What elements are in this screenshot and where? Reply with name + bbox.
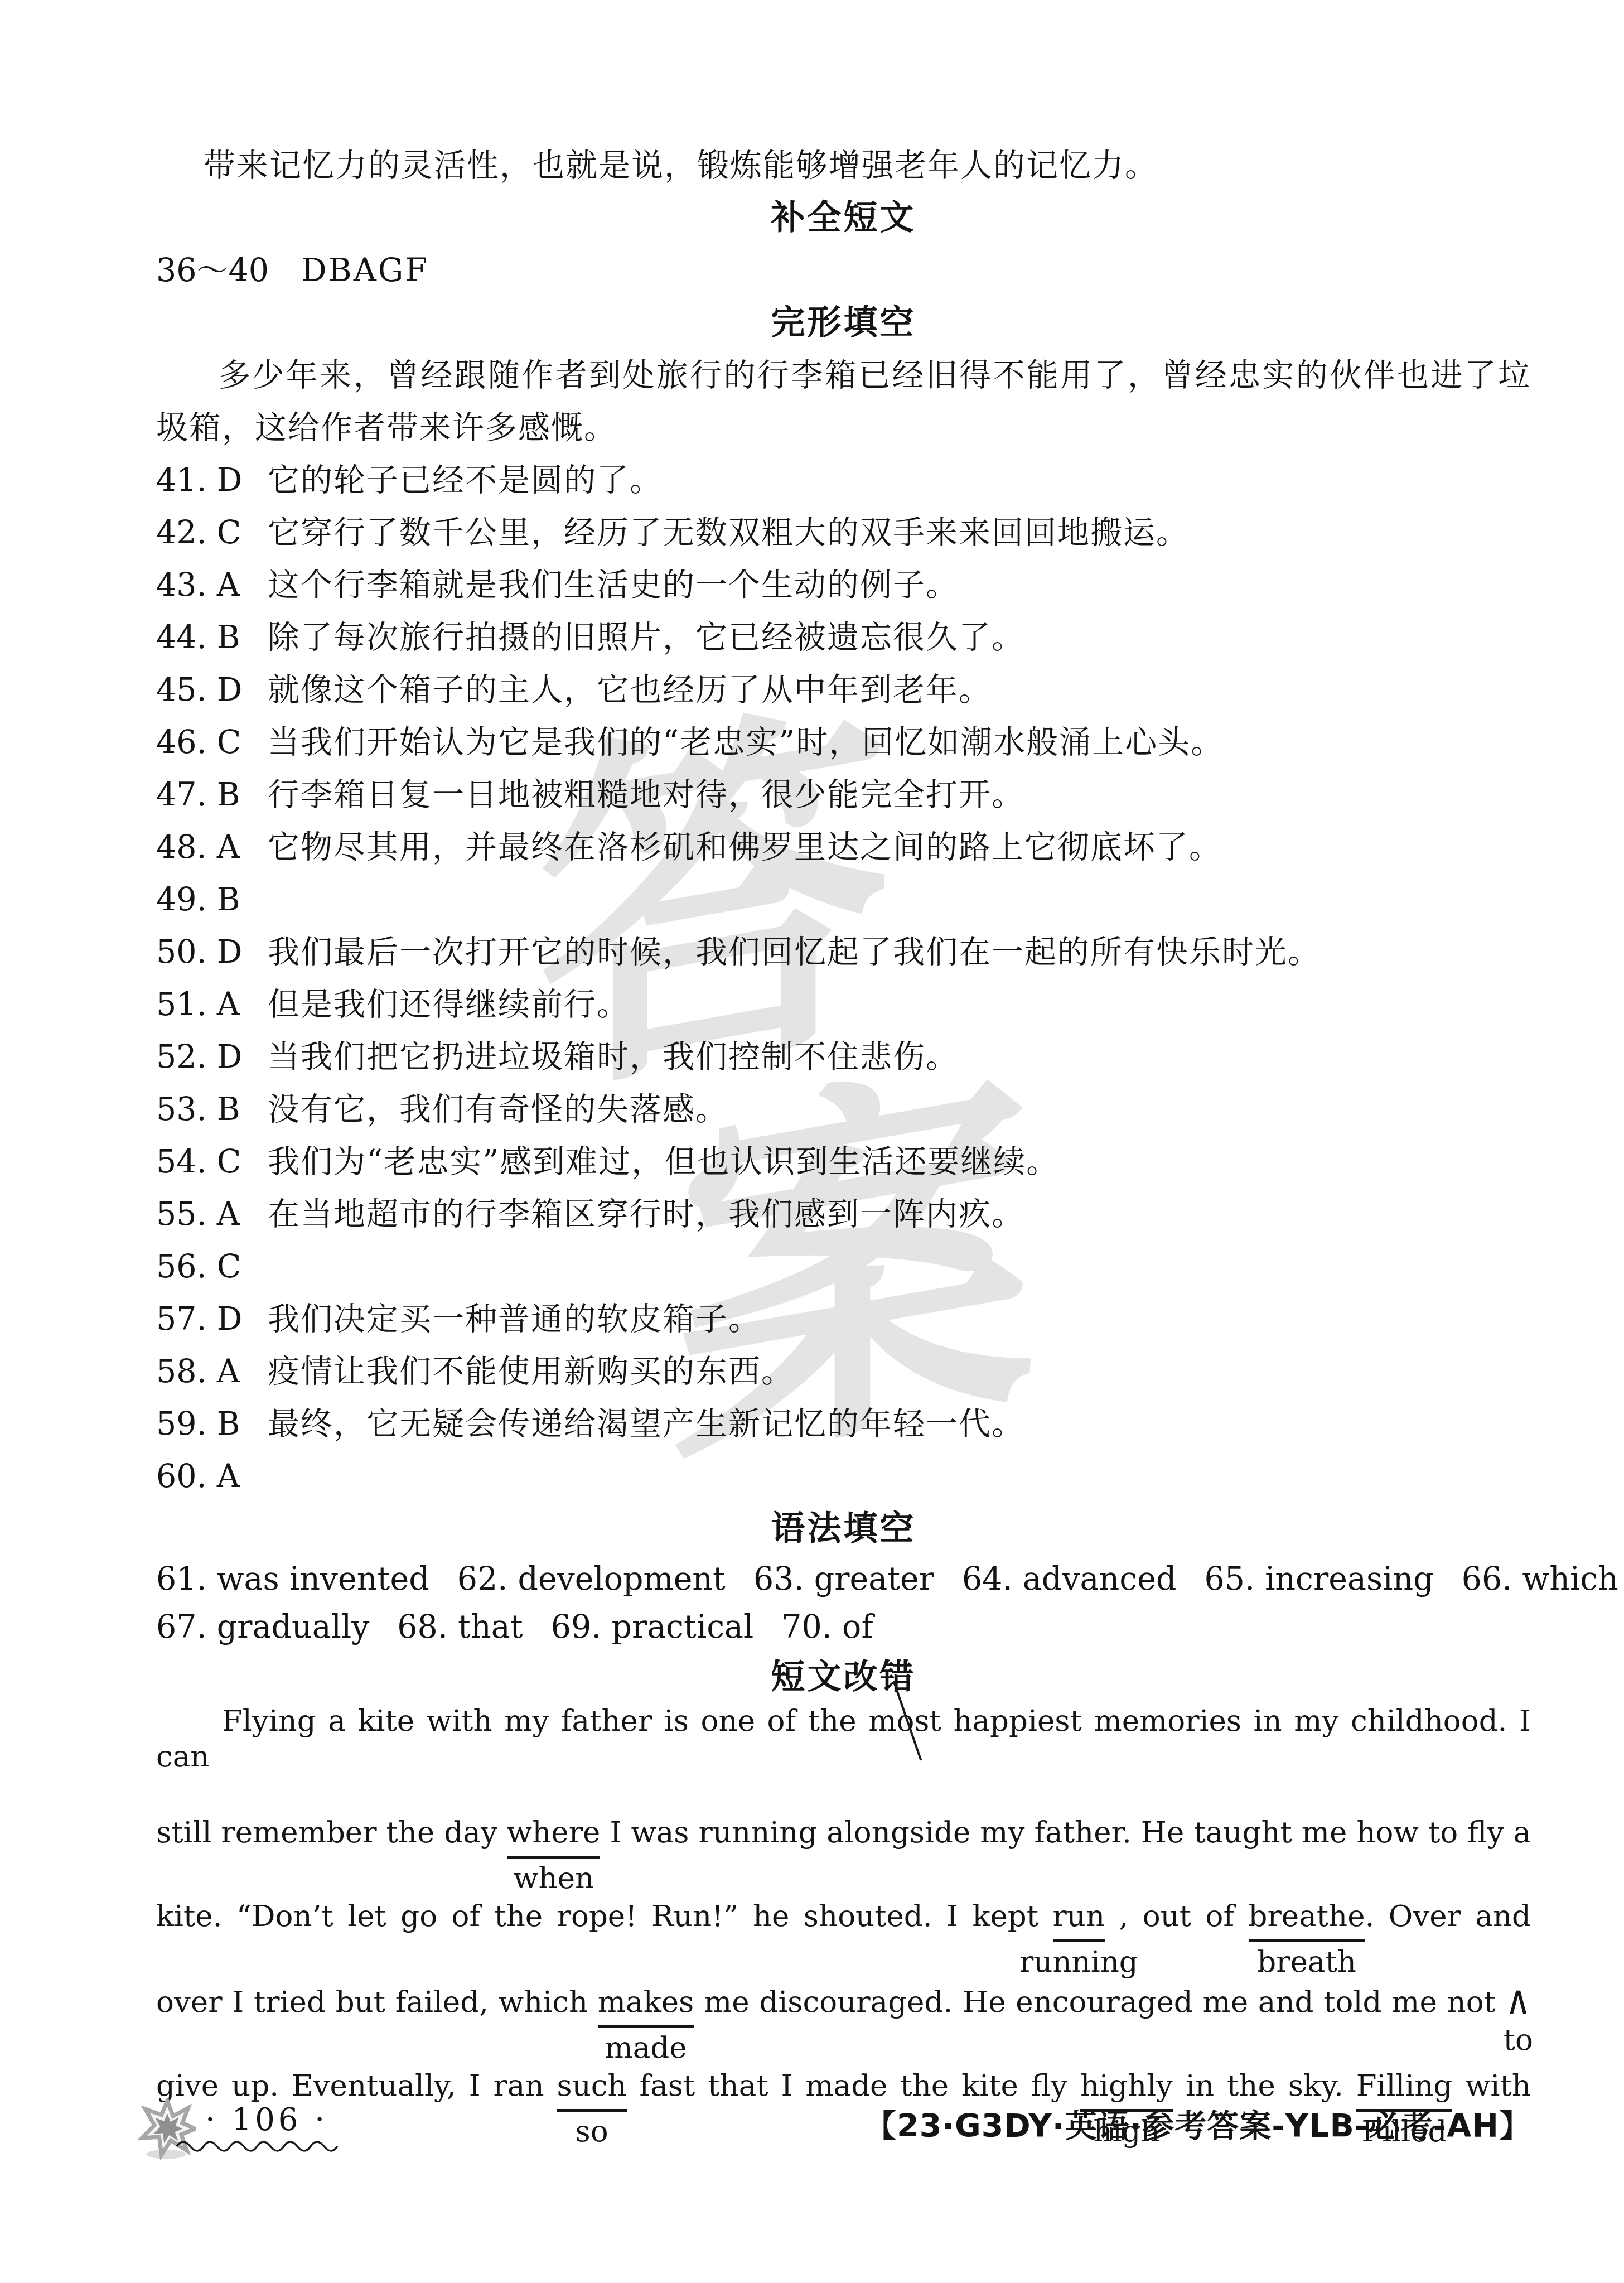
intro-tail-line: 带来记忆力的灵活性，也就是说，锻炼能够增强老年人的记忆力。 <box>156 139 1531 192</box>
wrong-word: where <box>507 1815 601 1859</box>
answer-number: 60. A <box>156 1450 243 1503</box>
answer-note: 当我们把它扔进垃圾箱时，我们控制不住悲伤。 <box>268 1039 959 1075</box>
passage-text: I was running alongside my father. He ta… <box>600 1816 1531 1850</box>
answer-note: 就像这个箱子的主人，它也经历了从中年到老年。 <box>268 672 992 708</box>
grammar-answer: 66. which <box>1462 1561 1618 1597</box>
answer-note: 当我们开始认为它是我们的“老忠实”时，回忆如潮水般涌上心头。 <box>268 724 1224 761</box>
answer-number: 41. D <box>156 454 243 506</box>
grammar-answer: 64. advanced <box>962 1561 1176 1597</box>
answer-item: 57. D我们决定买一种普通的软皮箱子。 <box>156 1293 1531 1345</box>
grammar-answer: 67. gradually <box>156 1609 369 1645</box>
answer-item: 45. D就像这个箱子的主人，它也经历了从中年到老年。 <box>156 664 1531 716</box>
passage-text: Flying a kite with my father is one of t… <box>222 1704 868 1738</box>
answer-note: 没有它，我们有奇怪的失落感。 <box>268 1091 728 1128</box>
answer-item: 55. A在当地超市的行李箱区穿行时，我们感到一阵内疚。 <box>156 1188 1531 1241</box>
grammar-answer-list: 61. was invented62. development63. great… <box>156 1555 1531 1651</box>
answer-note: 在当地超市的行李箱区穿行时，我们感到一阵内疚。 <box>268 1196 1024 1233</box>
replacement-edit: wherewhen <box>507 1815 601 1859</box>
answer-number: 46. C <box>156 716 243 769</box>
answer-note: 疫情让我们不能使用新购买的东西。 <box>268 1353 794 1390</box>
insertion-caret-mark: ∧ <box>1506 1980 1531 2021</box>
passage-line: Flying a kite with my father is one of t… <box>156 1703 1531 1775</box>
answer-number: 44. B <box>156 611 243 664</box>
answer-note: 除了每次旅行拍摄的旧照片，它已经被遗忘很久了。 <box>268 619 1024 656</box>
answer-number: 56. C <box>156 1241 243 1293</box>
answer-item: 42. C它穿行了数千公里，经历了无数双粗大的双手来来回回地搬运。 <box>156 506 1531 559</box>
answer-number: 55. A <box>156 1188 243 1241</box>
page-number: · 106 · <box>205 2102 328 2138</box>
answer-item: 54. C我们为“老忠实”感到难过，但也认识到生活还要继续。 <box>156 1136 1531 1188</box>
passage-line: still remember the day wherewhen I was r… <box>156 1815 1531 1859</box>
answer-item: 41. D它的轮子已经不是圆的了。 <box>156 454 1531 506</box>
answer-note: 最终，它无疑会传递给渴望产生新记忆的年轻一代。 <box>268 1406 1024 1442</box>
correction-word: breath <box>1257 1947 1356 1978</box>
answer-number: 58. A <box>156 1345 243 1398</box>
grammar-answer-line: 61. was invented62. development63. great… <box>156 1555 1531 1603</box>
page-content: 带来记忆力的灵活性，也就是说，锻炼能够增强老年人的记忆力。 补全短文 36～40… <box>156 139 1531 2152</box>
answer-item: 47. B行李箱日复一日地被粗糙地对待，很少能完全打开。 <box>156 769 1531 821</box>
answer-note: 它穿行了数千公里，经历了无数双粗大的双手来来回回地搬运。 <box>268 514 1189 551</box>
answer-note: 它的轮子已经不是圆的了。 <box>268 462 663 499</box>
section-title-error-correction: 短文改错 <box>156 1651 1531 1703</box>
error-correction-passage: Flying a kite with my father is one of t… <box>156 1703 1531 2112</box>
replacement-edit: makesmade <box>598 1985 694 2028</box>
answer-item: 44. B除了每次旅行拍摄的旧照片，它已经被遗忘很久了。 <box>156 611 1531 664</box>
answer-item: 46. C当我们开始认为它是我们的“老忠实”时，回忆如潮水般涌上心头。 <box>156 716 1531 769</box>
grammar-answer: 70. of <box>781 1609 873 1645</box>
passage-text: me discouraged. He encouraged me and tol… <box>694 1985 1505 2019</box>
section-title-complete-passage: 补全短文 <box>156 192 1531 244</box>
section-title-cloze: 完形填空 <box>156 297 1531 349</box>
cloze-summary-paragraph: 多少年来，曾经跟随作者到处旅行的行李箱已经旧得不能用了，曾经忠实的伙伴也进了垃圾… <box>156 349 1531 454</box>
answer-note: 我们为“老忠实”感到难过，但也认识到生活还要继续。 <box>268 1143 1059 1180</box>
answer-number: 48. A <box>156 821 243 873</box>
answer-item: 49. B <box>156 873 1531 926</box>
answer-note: 它物尽其用，并最终在洛杉矶和佛罗里达之间的路上它彻底坏了。 <box>268 829 1222 866</box>
correction-word: running <box>1019 1947 1138 1978</box>
answer-item: 60. A <box>156 1450 1531 1503</box>
answer-number: 47. B <box>156 769 243 821</box>
answer-item: 43. A这个行李箱就是我们生活史的一个生动的例子。 <box>156 559 1531 611</box>
passage-text: still remember the day <box>156 1816 507 1850</box>
answer-item: 51. A但是我们还得继续前行。 <box>156 978 1531 1031</box>
answer-number: 45. D <box>156 664 243 716</box>
answer-note: 行李箱日复一日地被粗糙地对待，很少能完全打开。 <box>268 776 1024 813</box>
answer-number: 51. A <box>156 978 243 1031</box>
passage-line: kite. “Don’t let go of the rope! Run!” h… <box>156 1899 1531 1942</box>
grammar-answer: 69. practical <box>551 1609 754 1645</box>
answer-number: 59. B <box>156 1398 243 1450</box>
answer-number: 54. C <box>156 1136 243 1188</box>
question-range: 36～40 <box>156 252 269 289</box>
answer-item: 58. A疫情让我们不能使用新购买的东西。 <box>156 1345 1531 1398</box>
replacement-edit: runrunning <box>1053 1899 1105 1942</box>
correction-word: to <box>1504 2025 1533 2056</box>
exam-code-label: 【23·G3DY·英语·参考答案-YLB-必考-AH】 <box>864 2101 1531 2146</box>
wrong-word: run <box>1053 1899 1105 1942</box>
answer-number: 42. C <box>156 506 243 559</box>
page-footer: · 106 · 【23·G3DY·英语·参考答案-YLB-必考-AH】 <box>0 2086 1624 2175</box>
answer-number: 57. D <box>156 1293 243 1345</box>
section-title-grammar-fill: 语法填空 <box>156 1503 1531 1555</box>
grammar-answer-line: 67. gradually68. that69. practical70. of <box>156 1603 1531 1651</box>
answer-item: 50. D我们最后一次打开它的时候，我们回忆起了我们在一起的所有快乐时光。 <box>156 926 1531 978</box>
grammar-answer: 68. that <box>397 1609 523 1645</box>
answer-note: 但是我们还得继续前行。 <box>268 986 630 1023</box>
grammar-answer: 62. development <box>457 1561 726 1597</box>
answer-item: 56. C <box>156 1241 1531 1293</box>
wavy-line-decoration <box>176 2137 343 2152</box>
wrong-word: breathe <box>1249 1899 1365 1942</box>
answer-number: 49. B <box>156 873 243 926</box>
answer-note: 我们最后一次打开它的时候，我们回忆起了我们在一起的所有快乐时光。 <box>268 934 1321 971</box>
deleted-word-edit: most <box>868 1703 941 1739</box>
passage-text: kite. “Don’t let go of the rope! Run!” h… <box>156 1899 1053 1933</box>
cloze-answer-list: 41. D它的轮子已经不是圆的了。42. C它穿行了数千公里，经历了无数双粗大的… <box>156 454 1531 1503</box>
answer-number: 50. D <box>156 926 243 978</box>
answer-number: 43. A <box>156 559 243 611</box>
answer-note: 我们决定买一种普通的软皮箱子。 <box>268 1301 761 1338</box>
answer-key-page: 答 案 带来记忆力的灵活性，也就是说，锻炼能够增强老年人的记忆力。 补全短文 3… <box>0 0 1624 2283</box>
passage-text: . Over and <box>1365 1899 1531 1933</box>
wrong-word: makes <box>598 1985 694 2028</box>
grammar-answer: 65. increasing <box>1204 1561 1433 1597</box>
answer-number: 53. B <box>156 1083 243 1136</box>
insertion-edit: ∧to <box>1506 1982 1531 2020</box>
deleted-word: most <box>868 1703 941 1739</box>
grammar-answer: 61. was invented <box>156 1561 429 1597</box>
answer-item: 48. A它物尽其用，并最终在洛杉矶和佛罗里达之间的路上它彻底坏了。 <box>156 821 1531 873</box>
correction-word: when <box>513 1863 594 1894</box>
complete-passage-answers-line: 36～40DBAGF <box>156 244 1531 297</box>
answer-item: 59. B最终，它无疑会传递给渴望产生新记忆的年轻一代。 <box>156 1398 1531 1450</box>
answer-note: 这个行李箱就是我们生活史的一个生动的例子。 <box>268 567 959 604</box>
grammar-answer: 63. greater <box>753 1561 934 1597</box>
answer-item: 53. B没有它，我们有奇怪的失落感。 <box>156 1083 1531 1136</box>
passage-text: over I tried but failed, which <box>156 1985 598 2019</box>
correction-word: made <box>605 2033 687 2064</box>
passage-text: , out of <box>1105 1899 1248 1933</box>
answer-number: 52. D <box>156 1031 243 1083</box>
answer-item: 52. D当我们把它扔进垃圾箱时，我们控制不住悲伤。 <box>156 1031 1531 1083</box>
replacement-edit: breathebreath <box>1249 1899 1365 1942</box>
range-answer-letters: DBAGF <box>301 252 429 289</box>
passage-line: over I tried but failed, which makesmade… <box>156 1982 1531 2028</box>
